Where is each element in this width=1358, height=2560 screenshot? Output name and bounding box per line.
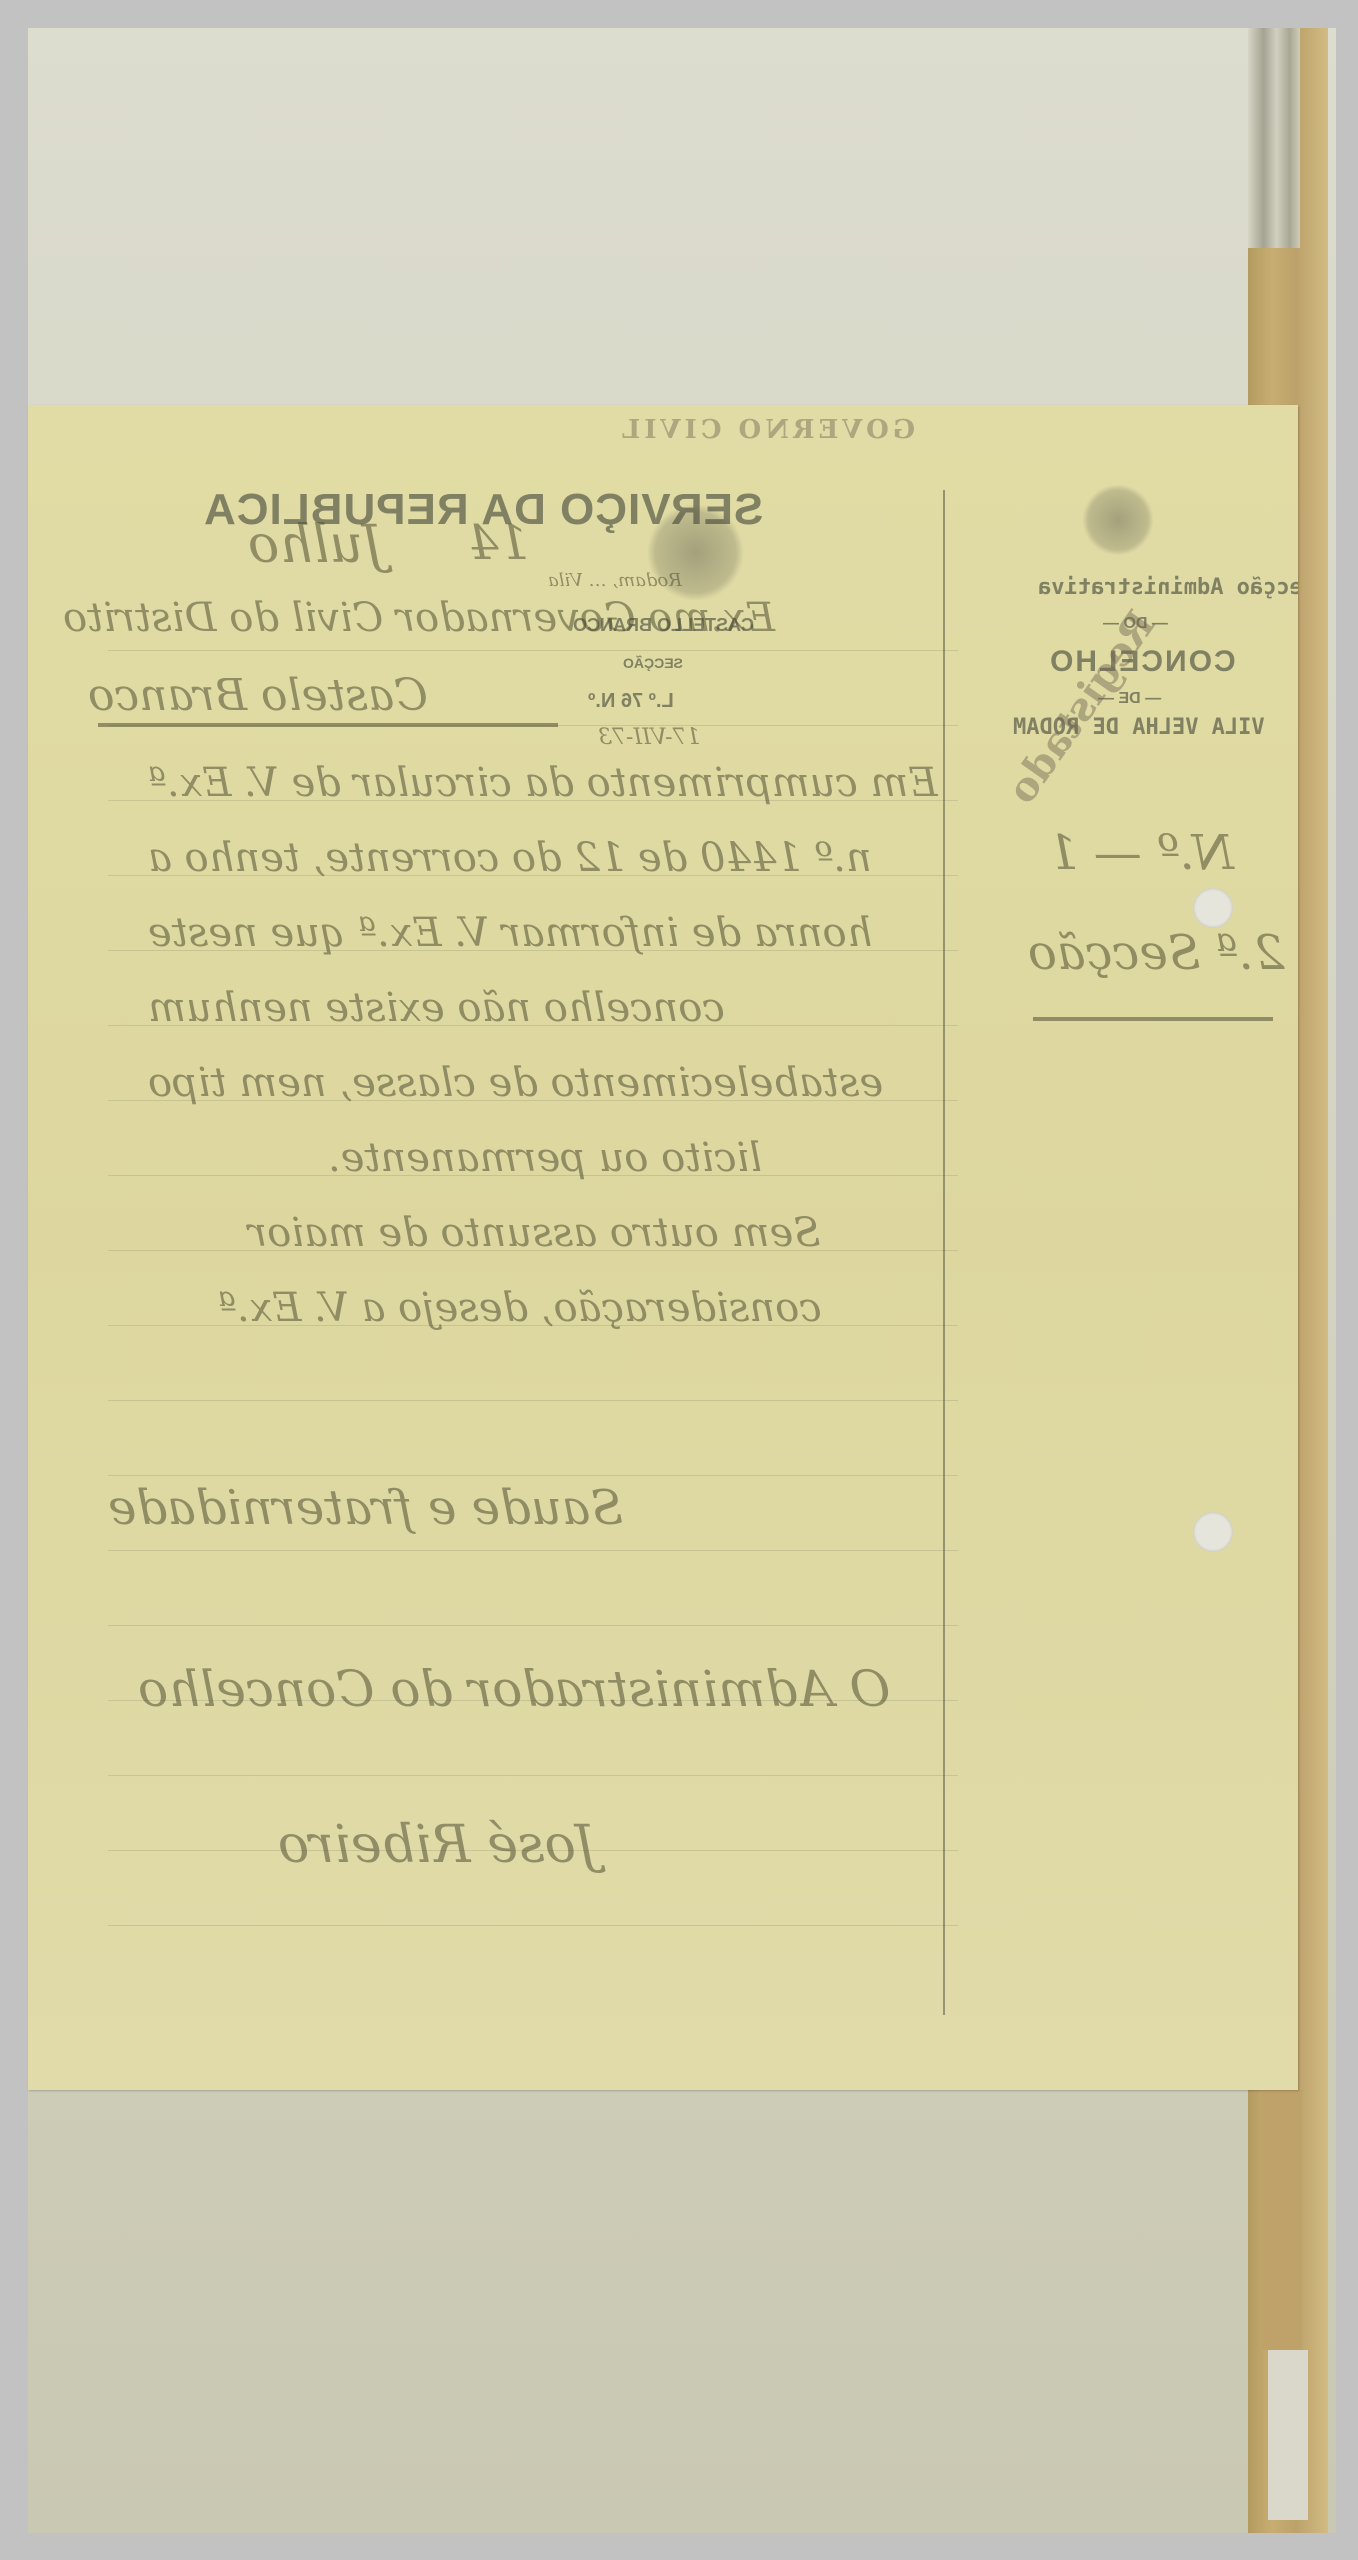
- ruled-line: [108, 1925, 958, 1926]
- ruled-line: [108, 1400, 958, 1401]
- section-print: SECÇÃO: [623, 655, 683, 671]
- body-line: n.º 1440 de 12 do corrente, tenho a: [148, 835, 872, 881]
- ruled-line: [108, 1475, 958, 1476]
- place-line-print: Rodam, … Vila: [548, 570, 682, 591]
- body-line: licito ou permanente.: [328, 1135, 762, 1181]
- ruled-line: [108, 650, 958, 651]
- body-line: honra de informar V. Ex.ª que neste: [148, 910, 872, 956]
- letter-sheet: GOVERNO CIVIL SERVIÇO DA REPUBLICA Rodam…: [28, 405, 1298, 2090]
- side-line-1: Secção Administrativa: [1038, 575, 1298, 600]
- ruled-line: [108, 1550, 958, 1551]
- signature-title: O Administrador do Concelho: [138, 1660, 890, 1718]
- register-underline: [98, 723, 558, 727]
- side-handwritten-section: 2.ª Secção: [1028, 925, 1284, 981]
- number-field: L.º 76 N.º: [588, 690, 674, 713]
- body-line: estabelecimento de classe, nem tipo: [148, 1060, 883, 1106]
- ruled-line: [108, 1775, 958, 1776]
- signature-name: José Ribeiro: [278, 1815, 597, 1875]
- punch-hole-top: [1193, 888, 1233, 928]
- body-line: Em cumprimento da circular de V. Ex.ª: [148, 760, 938, 806]
- side-crest: [1083, 485, 1153, 555]
- ruled-line: [108, 1625, 958, 1626]
- column-divider: [943, 490, 945, 2015]
- governo-civil-stamp: GOVERNO CIVIL: [618, 415, 915, 445]
- register-handwritten: Castelo Branco: [88, 670, 428, 721]
- date-day: 14: [468, 515, 529, 571]
- body-line: consideração, desejo a V. Ex.ª: [218, 1285, 822, 1331]
- date-month: Julho: [248, 515, 384, 575]
- side-underline: [1033, 1017, 1273, 1021]
- body-line: concelho não existe nenhum: [148, 985, 725, 1031]
- place-print: CASTELLO BRANCO: [573, 615, 754, 636]
- binding-lower-section: [1262, 2090, 1302, 2350]
- side-handwritten-number: N.º — 1: [1048, 825, 1234, 881]
- closing-line: Saude e fraternidade: [108, 1480, 623, 1536]
- binding-gray-section: [1248, 28, 1300, 248]
- reference-date: 17-VII-73: [598, 725, 701, 750]
- body-line: Sem outro assunto de maior: [248, 1210, 821, 1256]
- punch-hole-bottom: [1193, 1512, 1233, 1552]
- binding-lower-pale-section: [1268, 2350, 1308, 2520]
